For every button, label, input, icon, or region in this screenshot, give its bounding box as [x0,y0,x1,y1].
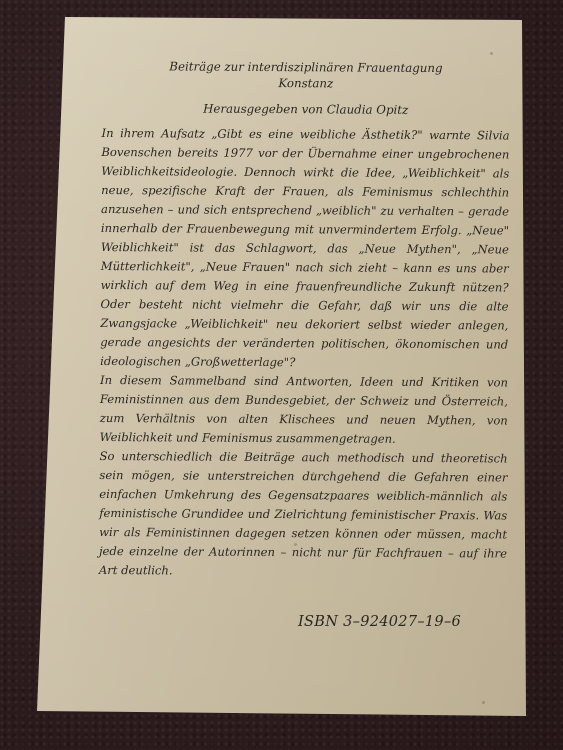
paper-speck [482,701,485,704]
blurb-paragraph: So unterschiedlich die Beiträge auch met… [99,447,508,582]
editor-line: Herausgegeben von Claudia Opitz [102,100,510,118]
paper-speck [490,52,493,55]
cover-text-block: Beiträge zur interdisziplinären Frauenta… [99,58,510,582]
isbn-number: ISBN 3–924027–19–6 [298,614,461,630]
series-place: Konstanz [102,74,510,92]
blurb-paragraph: In diesem Sammelband sind Antworten, Ide… [100,371,508,449]
blurb-paragraph: In ihrem Aufsatz „Gibt es eine weibliche… [100,124,510,373]
